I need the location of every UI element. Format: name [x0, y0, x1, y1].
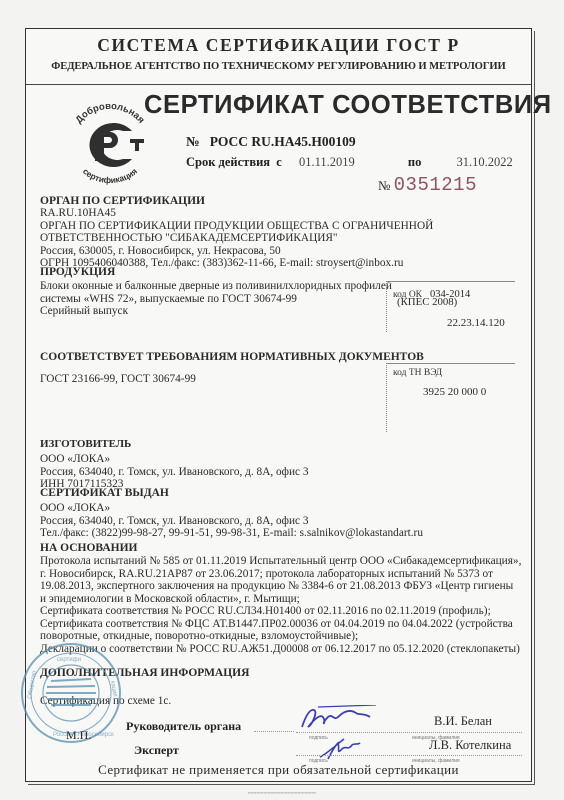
agency-title: ФЕДЕРАЛЬНОЕ АГЕНТСТВО ПО ТЕХНИЧЕСКОМУ РЕ… [26, 61, 531, 72]
ok-code-box: код ОК 034-2014 (КПЕС 2008) 22.23.14.120 [386, 281, 515, 332]
svg-text:Добровольная: Добровольная [74, 101, 147, 126]
tnved-value: 3925 20 000 0 [423, 386, 486, 399]
certification-body-line: ОРГАН ПО СЕРТИФИКАЦИИ ПРОДУКЦИИ ОБЩЕСТВА… [40, 220, 433, 233]
basis-line: 19.08.2013, экспертного заключения на пр… [40, 580, 521, 593]
ok-code-subtitle: (КПЕС 2008) [397, 296, 457, 309]
basis-line: Сертификата соответствия № ФЦС АТ.В1447.… [40, 618, 521, 631]
validity-to-label: по [408, 155, 421, 169]
manufacturer-heading: ИЗГОТОВИТЕЛЬ [40, 438, 309, 450]
product-section: ПРОДУКЦИЯ Блоки оконные и балконные двер… [40, 266, 392, 318]
signature-line [296, 755, 522, 756]
certification-body-line: ОТВЕТСТВЕННОСТЬЮ "СИБАКАДЕМСЕРТИФИКАЦИЯ" [40, 232, 433, 245]
standards-heading: СООТВЕТСТВУЕТ ТРЕБОВАНИЯМ НОРМАТИВНЫХ ДО… [40, 351, 424, 363]
expert-name: Л.В. Котелкина [429, 739, 511, 752]
certification-body-line: RA.RU.10НА45 [40, 207, 433, 220]
form-serial-number: № 0351215 [378, 174, 477, 196]
issued-to-line: Россия, 634040, г. Томск, ул. Ивановског… [40, 515, 423, 528]
serial-sign: № [378, 178, 390, 193]
serial-value: 0351215 [394, 174, 477, 196]
ok-code-value: 22.23.14.120 [447, 317, 505, 330]
footer-note: Сертификат не применяется при обязательн… [26, 762, 531, 778]
basis-line: г. Новосибирск, RA.RU.21АР87 от 23.06.20… [40, 568, 521, 581]
printer-imprint: ▪▪▪▪▪▪▪▪▪▪▪▪▪▪▪▪▪▪▪▪▪▪▪▪▪▪▪▪▪▪▪▪▪▪▪▪▪▪▪▪… [0, 790, 564, 795]
basis-heading: НА ОСНОВАНИИ [40, 542, 521, 554]
system-title: СИСТЕМА СЕРТИФИКАЦИИ ГОСТ Р [26, 35, 531, 56]
basis-line: Сертификата соответствия № РОСС RU.СЛ34.… [40, 605, 521, 618]
certificate-title: СЕРТИФИКАТ СООТВЕТСТВИЯ [144, 91, 552, 120]
issued-to-line: ООО «ЛОКА» [40, 502, 423, 515]
product-line: Серийный выпуск [40, 305, 392, 318]
product-line: Блоки оконные и балконные дверные из пол… [40, 280, 392, 293]
certificate-number: № РОСС RU.НА45.Н00109 [186, 134, 356, 150]
tnved-label: код ТН ВЭД [393, 368, 442, 378]
product-heading: ПРОДУКЦИЯ [40, 266, 392, 278]
product-line: системы «WHS 72», выпускаемые по ГОСТ 30… [40, 293, 392, 306]
seal-label: М.П. [66, 729, 91, 742]
manufacturer-line: ООО «ЛОКА» [40, 453, 309, 466]
header-divider [26, 84, 531, 85]
valid-from-date: 01.11.2019 [299, 155, 355, 169]
signature-line [254, 731, 294, 732]
certificate-number-value: РОСС RU.НА45.Н00109 [210, 134, 356, 149]
issued-to-heading: СЕРТИФИКАТ ВЫДАН [40, 487, 423, 499]
svg-text:сертифи: сертифи [57, 657, 81, 663]
basis-line: Протокола испытаний № 585 от 01.11.2019 … [40, 555, 521, 568]
certification-body-heading: ОРГАН ПО СЕРТИФИКАЦИИ [40, 195, 433, 207]
svg-text:Общество: Общество [27, 670, 38, 700]
basis-line: и эпидемиологии в Московской области», г… [40, 593, 521, 606]
validity-from-label: с [276, 155, 282, 169]
basis-section: НА ОСНОВАНИИ Протокола испытаний № 585 о… [40, 542, 521, 655]
manufacturer-line: Россия, 634040, г. Томск, ул. Ивановског… [40, 466, 309, 479]
signature-line [296, 732, 522, 733]
valid-to-date: 31.10.2022 [456, 155, 512, 169]
expert-label: Эксперт [134, 743, 179, 758]
issued-to-section: СЕРТИФИКАТ ВЫДАН ООО «ЛОКА» Россия, 6340… [40, 487, 423, 540]
number-sign: № [186, 134, 200, 149]
manufacturer-section: ИЗГОТОВИТЕЛЬ ООО «ЛОКА» Россия, 634040, … [40, 438, 309, 491]
head-of-body-name: В.И. Белан [434, 715, 492, 728]
certification-body-section: ОРГАН ПО СЕРТИФИКАЦИИ RA.RU.10НА45 ОРГАН… [40, 195, 433, 270]
certificate-frame: СИСТЕМА СЕРТИФИКАЦИИ ГОСТ Р ФЕДЕРАЛЬНОЕ … [25, 28, 532, 782]
head-signature-icon [298, 705, 378, 733]
validity-period: Срок действия с 01.11.2019 по 31.10.2022 [186, 155, 513, 170]
svg-text:сертификация: сертификация [81, 166, 139, 185]
standards-text: ГОСТ 23166-99, ГОСТ 30674-99 [40, 373, 196, 386]
certification-body-line: Россия, 630005, г. Новосибирск, ул. Некр… [40, 245, 433, 258]
tnved-code-box: код ТН ВЭД 3925 20 000 0 [386, 363, 515, 432]
head-of-body-label: Руководитель органа [126, 719, 241, 734]
validity-label: Срок действия [186, 155, 270, 169]
issued-to-line: Тел./факс: (3822)99-98-27, 99-91-51, 99-… [40, 527, 423, 540]
